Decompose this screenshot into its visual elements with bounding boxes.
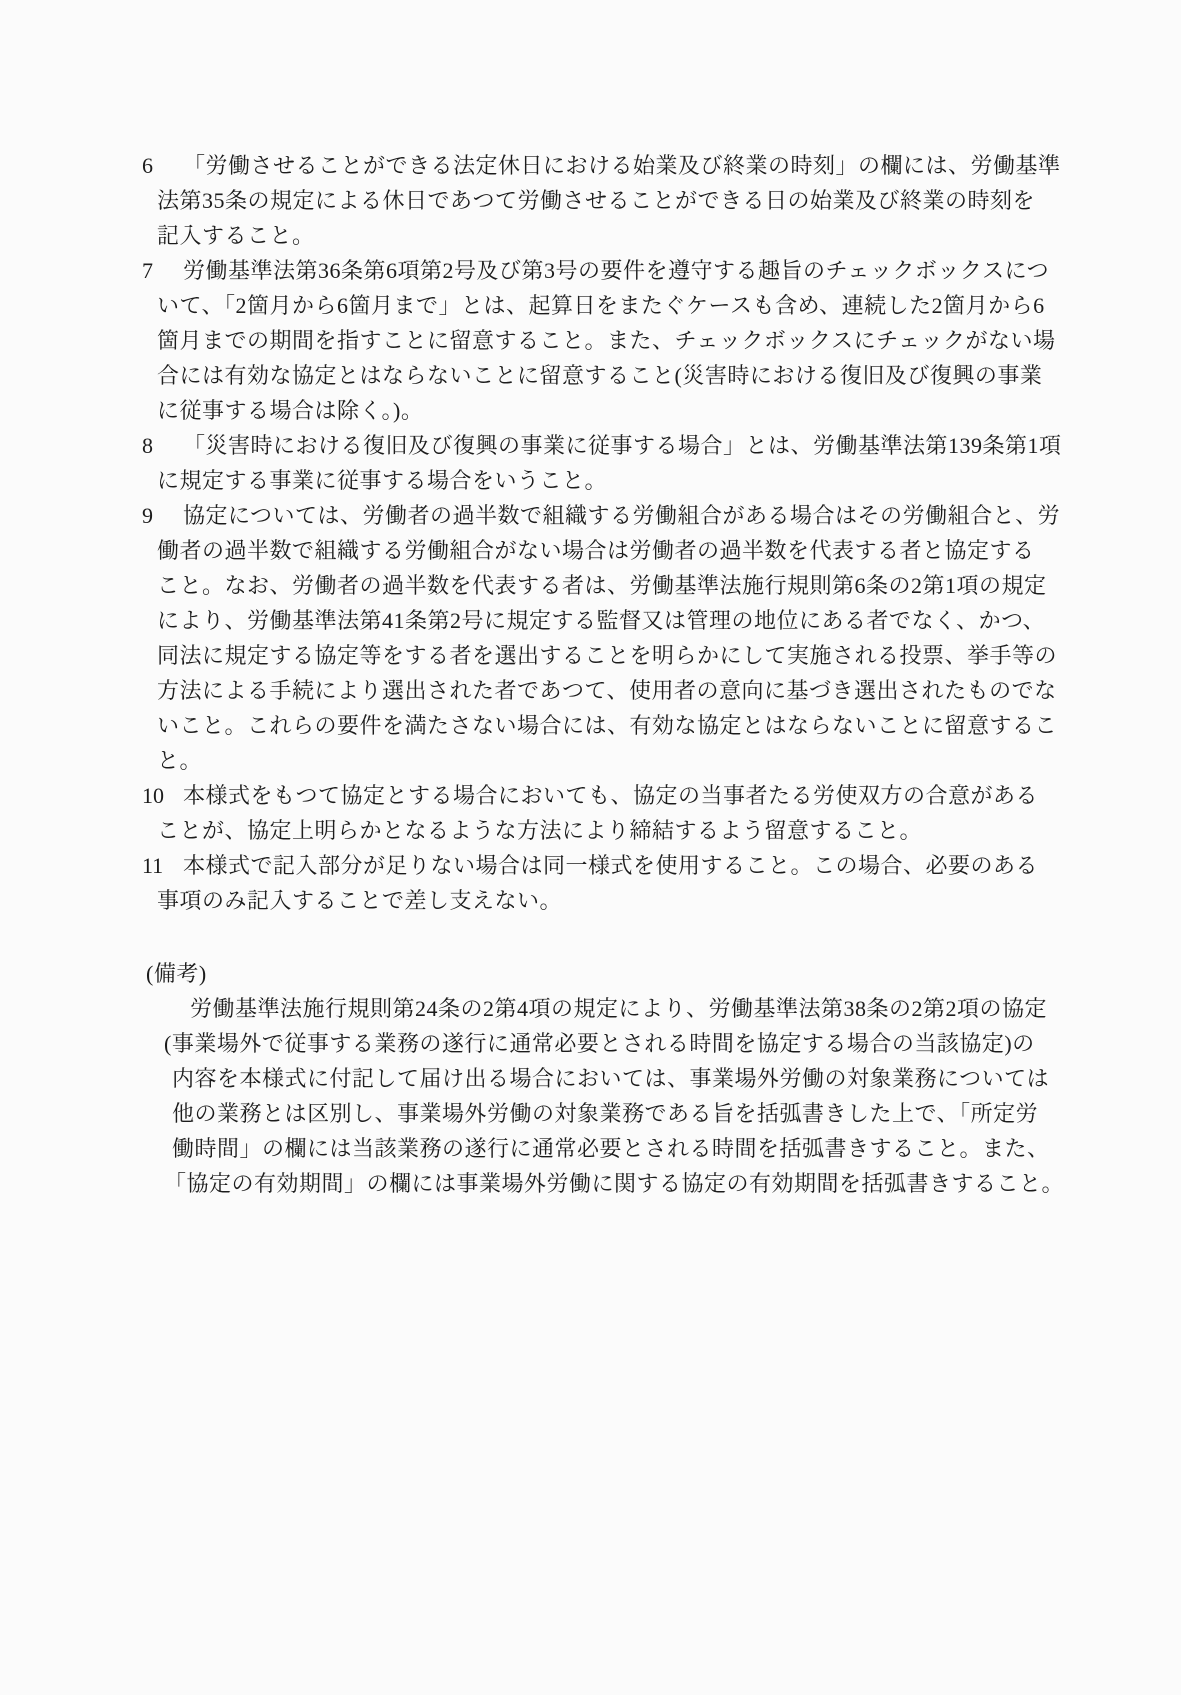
note-item-line: により、労働基準法第41条第2号に規定する監督又は管理の地位にある者でなく、かつ… [0,603,1181,638]
note-item-first-line: 10本様式をもつて協定とする場合においても、協定の当事者たる労使双方の合意がある [0,778,1181,813]
note-item-text: 本様式をもつて協定とする場合においても、協定の当事者たる労使双方の合意がある [183,783,1038,808]
remarks-section: (備考) 労働基準法施行規則第24条の2第4項の規定により、労働基準法第38条の… [0,956,1181,1201]
remarks-line: 労働基準法施行規則第24条の2第4項の規定により、労働基準法第38条の2第2項の… [0,991,1181,1026]
note-item-first-line: 7労働基準法第36条第6項第2号及び第3号の要件を遵守する趣旨のチェックボックス… [0,253,1181,288]
note-item-text: 「災害時における復旧及び復興の事業に従事する場合」とは、労働基準法第139条第1… [183,433,1062,458]
note-item-number: 10 [142,778,183,813]
note-item-text: 協定については、労働者の過半数で組織する労働組合がある場合はその労働組合と、労 [183,503,1060,528]
note-item-number: 6 [142,148,183,183]
note-item-line: いこと。これらの要件を満たさない場合には、有効な協定とはならないことに留意するこ [0,708,1181,743]
note-item-line: 合には有効な協定とはならないことに留意すること(災害時における復旧及び復興の事業 [0,358,1181,393]
note-item-line: 記入すること。 [0,218,1181,253]
note-item-first-line: 9協定については、労働者の過半数で組織する労働組合がある場合はその労働組合と、労 [0,498,1181,533]
note-item-text: 本様式で記入部分が足りない場合は同一様式を使用すること。この場合、必要のある [183,853,1038,878]
note-item-number: 9 [142,498,183,533]
remarks-heading: (備考) [0,956,1181,991]
note-item-number: 8 [142,428,183,463]
note-item-first-line: 11本様式で記入部分が足りない場合は同一様式を使用すること。この場合、必要のある [0,848,1181,883]
remarks-line: 内容を本様式に付記して届け出る場合においては、事業場外労働の対象業務については [0,1061,1181,1096]
note-item-first-line: 6「労働させることができる法定休日における始業及び終業の時刻」の欄には、労働基準 [0,148,1181,183]
note-item-line: 箇月までの期間を指すことに留意すること。また、チェックボックスにチェックがない場 [0,323,1181,358]
remarks-line: 「協定の有効期間」の欄には事業場外労働に関する協定の有効期間を括弧書きすること。 [0,1166,1181,1201]
note-item-text: 「労働させることができる法定休日における始業及び終業の時刻」の欄には、労働基準 [183,153,1061,178]
note-item-line: ことが、協定上明らかとなるような方法により締結するよう留意すること。 [0,813,1181,848]
note-item-line: 方法による手続により選出された者であつて、使用者の意向に基づき選出されたものでな [0,673,1181,708]
remarks-lines: 労働基準法施行規則第24条の2第4項の規定により、労働基準法第38条の2第2項の… [0,991,1181,1201]
note-item-number: 7 [142,253,183,288]
remarks-line: 他の業務とは区別し、事業場外労働の対象業務である旨を括弧書きした上で、「所定労 [0,1096,1181,1131]
note-item-line: 働者の過半数で組織する労働組合がない場合は労働者の過半数を代表する者と協定する [0,533,1181,568]
notes-list: 6「労働させることができる法定休日における始業及び終業の時刻」の欄には、労働基準… [0,0,1181,918]
note-item-line: に従事する場合は除く。)。 [0,393,1181,428]
note-item-first-line: 8「災害時における復旧及び復興の事業に従事する場合」とは、労働基準法第139条第… [0,428,1181,463]
note-item-line: 法第35条の規定による休日であつて労働させることができる日の始業及び終業の時刻を [0,183,1181,218]
document-page: 6「労働させることができる法定休日における始業及び終業の時刻」の欄には、労働基準… [0,0,1181,1695]
remarks-line: (事業場外で従事する業務の遂行に通常必要とされる時間を協定する場合の当該協定)の [0,1026,1181,1061]
note-item-text: 労働基準法第36条第6項第2号及び第3号の要件を遵守する趣旨のチェックボックスに… [183,258,1049,283]
note-item-line: いて、「2箇月から6箇月まで」とは、起算日をまたぐケースも含め、連続した2箇月か… [0,288,1181,323]
note-item-line: 同法に規定する協定等をする者を選出することを明らかにして実施される投票、挙手等の [0,638,1181,673]
note-item-line: 事項のみ記入することで差し支えない。 [0,883,1181,918]
note-item-line: と。 [0,743,1181,778]
note-item-line: に規定する事業に従事する場合をいうこと。 [0,463,1181,498]
note-item-number: 11 [142,848,183,883]
remarks-line: 働時間」の欄には当該業務の遂行に通常必要とされる時間を括弧書きすること。また、 [0,1131,1181,1166]
note-item-line: こと。なお、労働者の過半数を代表する者は、労働基準法施行規則第6条の2第1項の規… [0,568,1181,603]
